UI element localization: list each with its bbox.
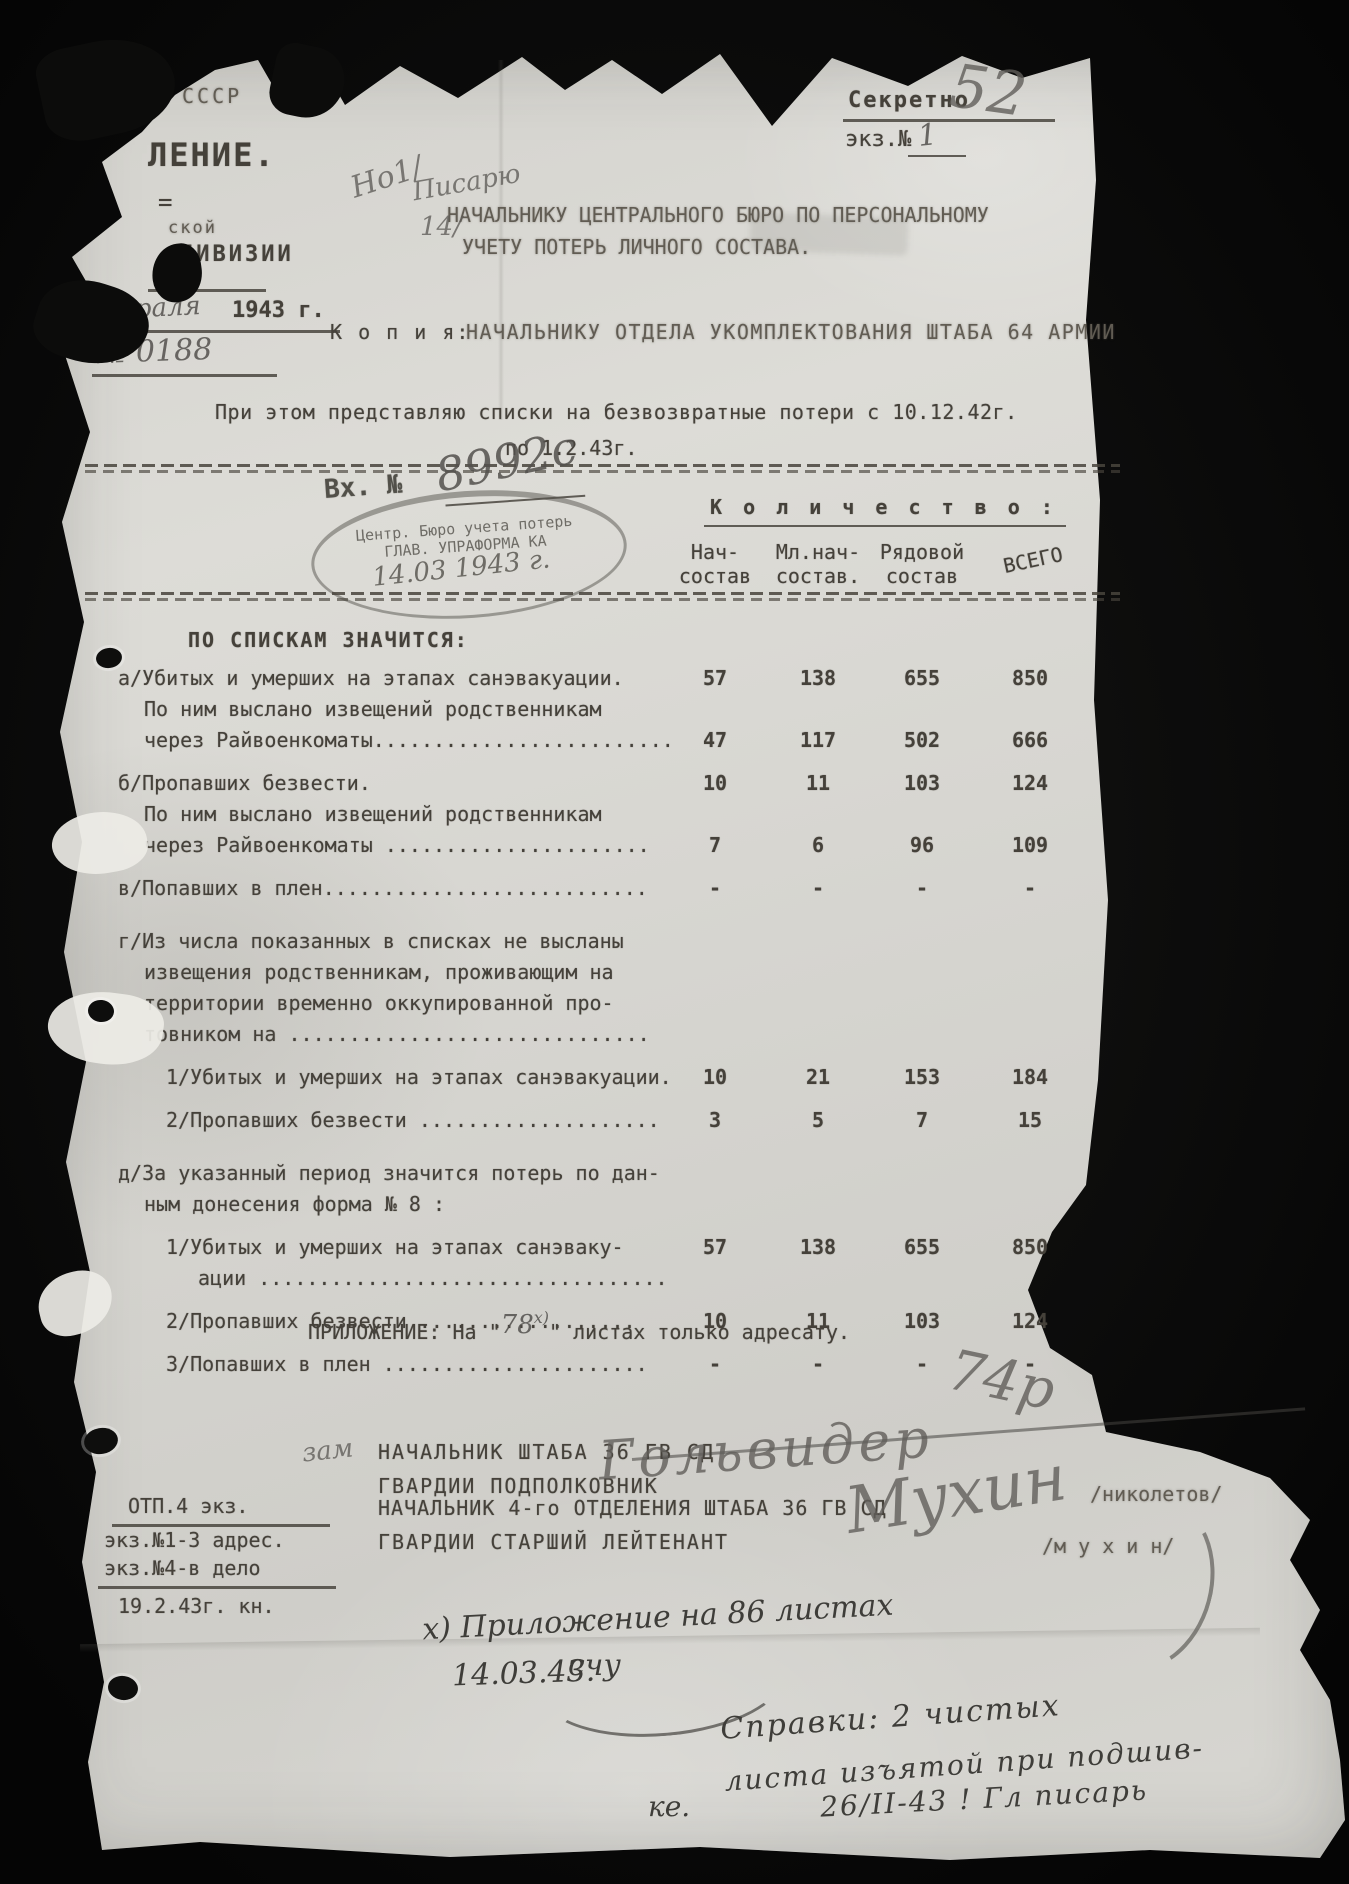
table-value: 10 <box>679 1063 751 1091</box>
column-header-ryadovoy-2: состав <box>862 564 982 588</box>
table-value: - <box>679 1350 751 1378</box>
table-line: извещения родственникам, проживающим на <box>118 958 1123 989</box>
letterhead-eq: = <box>158 188 172 216</box>
table-line-label: территории временно оккупированной про- <box>144 991 614 1015</box>
table-value: 6 <box>782 831 854 859</box>
table-line: через Райвоенкоматы ....................… <box>118 831 1123 862</box>
page-number: 52 <box>946 51 1031 131</box>
table-line-label: 2/Пропавших безвести ...................… <box>166 1108 660 1132</box>
table-value: 138 <box>782 664 854 692</box>
table-value: 47 <box>679 726 751 754</box>
section-heading: ПО СПИСКАМ ЗНАЧИТСЯ: <box>188 628 469 652</box>
table-value: 21 <box>782 1063 854 1091</box>
table-value: - <box>782 874 854 902</box>
table-value: 850 <box>994 664 1066 692</box>
column-header-mlnach-2: состав. <box>758 564 878 588</box>
table-value: 502 <box>886 726 958 754</box>
table-value: 5 <box>782 1106 854 1134</box>
table-line: 2/Пропавших безвести ...................… <box>118 1106 1123 1137</box>
table-line: в/Попавших в плен.......................… <box>118 874 1123 905</box>
copy-line-label: К о п и я: <box>330 320 470 344</box>
zam-handwritten: зам <box>301 1433 355 1468</box>
date-year: 1943 г. <box>232 298 325 323</box>
copies-line3: экз.№4-в дело <box>104 1556 261 1580</box>
copies-line1: ОТП.4 экз. <box>128 1494 248 1518</box>
stamp-in-label: Вх. № <box>323 470 403 505</box>
table-line: д/За указанный период значится потерь по… <box>118 1159 1123 1190</box>
table-value: 57 <box>679 664 751 692</box>
letterhead-upravlenie: ЛЕНИЕ. <box>148 136 276 174</box>
table-value: 109 <box>994 831 1066 859</box>
table-line: а/Убитых и умерших на этапах санэвакуаци… <box>118 664 1123 695</box>
table-value: - <box>679 874 751 902</box>
table-line-label: д/За указанный период значится потерь по… <box>118 1161 660 1185</box>
table-value: - <box>994 874 1066 902</box>
copy-number-label: экз.№ <box>845 127 911 152</box>
doc-number-underline <box>92 374 277 377</box>
attachment-line: ПРИЛОЖЕНИЕ: На "78х)" листах только адре… <box>308 1316 850 1346</box>
table-value: 124 <box>994 1307 1066 1335</box>
table-line-label: в/Попавших в плен.......................… <box>118 876 648 900</box>
letterhead-skoi: ской <box>168 218 217 238</box>
table-line-label: через Райвоенкоматы ....................… <box>144 833 650 857</box>
table-value: 103 <box>886 1307 958 1335</box>
table-line: ации .................................. <box>118 1264 1123 1295</box>
table-line-label: 1/Убитых и умерших на этапах санэвакуаци… <box>166 1065 672 1089</box>
table-line-label: г/Из числа показанных в списках не высла… <box>118 929 624 953</box>
separator-columns <box>85 592 1120 601</box>
column-header-mlnach-1: Мл.нач- <box>758 540 878 564</box>
table-value: - <box>886 874 958 902</box>
table-line: г/Из числа показанных в списках не высла… <box>118 927 1123 958</box>
losses-rows: а/Убитых и умерших на этапах санэвакуаци… <box>118 664 1123 1381</box>
table-value: 15 <box>994 1106 1066 1134</box>
table-line-label: через Райвоенкоматы.....................… <box>144 728 674 752</box>
table-line: По ним выслано извещений родственникам <box>118 800 1123 831</box>
table-line: 1/Убитых и умерших на этапах санэваку-57… <box>118 1233 1123 1264</box>
column-header-nachsostav-2: состав <box>655 564 775 588</box>
copy-line-text: НАЧАЛЬНИКУ ОТДЕЛА УКОМПЛЕКТОВАНИЯ ШТАБА … <box>466 320 1116 344</box>
table-value: 850 <box>994 1233 1066 1261</box>
copies-underline1 <box>112 1524 330 1527</box>
letterhead-ussr: СССР <box>182 84 242 108</box>
table-value: 96 <box>886 831 958 859</box>
table-value: 10 <box>679 769 751 797</box>
table-value: 184 <box>994 1063 1066 1091</box>
table-value: - <box>782 1350 854 1378</box>
table-line: По ним выслано извещений родственникам <box>118 695 1123 726</box>
column-header-nachsostav-1: Нач- <box>655 540 775 564</box>
table-line: территории временно оккупированной про- <box>118 989 1123 1020</box>
attachment-part2: " листах только адресату. <box>549 1320 850 1344</box>
table-line-label: 3/Попавших в плен ...................... <box>166 1352 648 1376</box>
table-line-label: По ним выслано извещений родственникам <box>144 802 602 826</box>
quantity-header: К о л и ч е с т в о : <box>710 495 1057 519</box>
table-value: 666 <box>994 726 1066 754</box>
table-value: 7 <box>679 831 751 859</box>
table-line-label: извещения родственникам, проживающим на <box>144 960 614 984</box>
spravka-line3: ке. <box>648 1790 690 1823</box>
table-line-label: товником на ............................… <box>144 1022 650 1046</box>
attachment-value-handwritten: 78 <box>501 1310 534 1340</box>
copy-number-value: 1 <box>916 117 939 154</box>
sig2-title-line1: НАЧАЛЬНИК 4-го ОТДЕЛЕНИЯ ШТАБА 36 ГВ СД <box>378 1496 887 1520</box>
table-value: 655 <box>886 664 958 692</box>
table-line-label: ации .................................. <box>198 1266 668 1290</box>
incoming-stamp: Вх. № 8992с Центр. Бюро учета потерь ГЛА… <box>292 439 673 639</box>
table-value: 57 <box>679 1233 751 1261</box>
table-line: ным донесения форма № 8 : <box>118 1190 1123 1221</box>
table-line-label: а/Убитых и умерших на этапах санэвакуаци… <box>118 666 624 690</box>
copy-number-underline <box>908 155 966 157</box>
sig2-typed-name: /м у х и н/ <box>1042 1534 1174 1558</box>
table-value: 153 <box>886 1063 958 1091</box>
table-line: 1/Убитых и умерших на этапах санэвакуаци… <box>118 1063 1123 1094</box>
table-line-label: б/Пропавших безвести. <box>118 771 371 795</box>
body-line1: При этом представляю списки на безвозвра… <box>215 400 1018 424</box>
table-line: через Райвоенкоматы.....................… <box>118 726 1123 757</box>
copies-line2: экз.№1-3 адрес. <box>104 1528 285 1552</box>
document-photo: Секретно экз.№ 1 52 СССР ЛЕНИЕ. = ской Д… <box>0 0 1349 1884</box>
attachment-mark-handwritten: х) <box>534 1308 549 1327</box>
table-value: 11 <box>782 769 854 797</box>
table-value: 3 <box>679 1106 751 1134</box>
table-line: б/Пропавших безвести.1011103124 <box>118 769 1123 800</box>
routing-scribble-3: 14/ <box>420 212 462 242</box>
table-value: 138 <box>782 1233 854 1261</box>
quantity-underline <box>704 525 1066 527</box>
copies-line4: 19.2.43г. кн. <box>118 1594 275 1618</box>
faint-stamp-smudge <box>749 212 908 255</box>
table-line: товником на ............................… <box>118 1020 1123 1051</box>
table-value: 117 <box>782 726 854 754</box>
table-line-label: По ним выслано извещений родственникам <box>144 697 602 721</box>
column-header-ryadovoy-1: Рядовой <box>862 540 982 564</box>
attachment-part1: ПРИЛОЖЕНИЕ: На " <box>308 1320 501 1344</box>
table-line-label: ным донесения форма № 8 : <box>144 1192 445 1216</box>
table-value: 7 <box>886 1106 958 1134</box>
table-value: 103 <box>886 769 958 797</box>
table-line-label: 1/Убитых и умерших на этапах санэваку- <box>166 1235 624 1259</box>
sig2-title-line2: ГВАРДИИ СТАРШИЙ ЛЕЙТЕНАНТ <box>378 1530 729 1554</box>
table-value: 655 <box>886 1233 958 1261</box>
table-value: 124 <box>994 769 1066 797</box>
copies-underline2 <box>98 1586 336 1589</box>
